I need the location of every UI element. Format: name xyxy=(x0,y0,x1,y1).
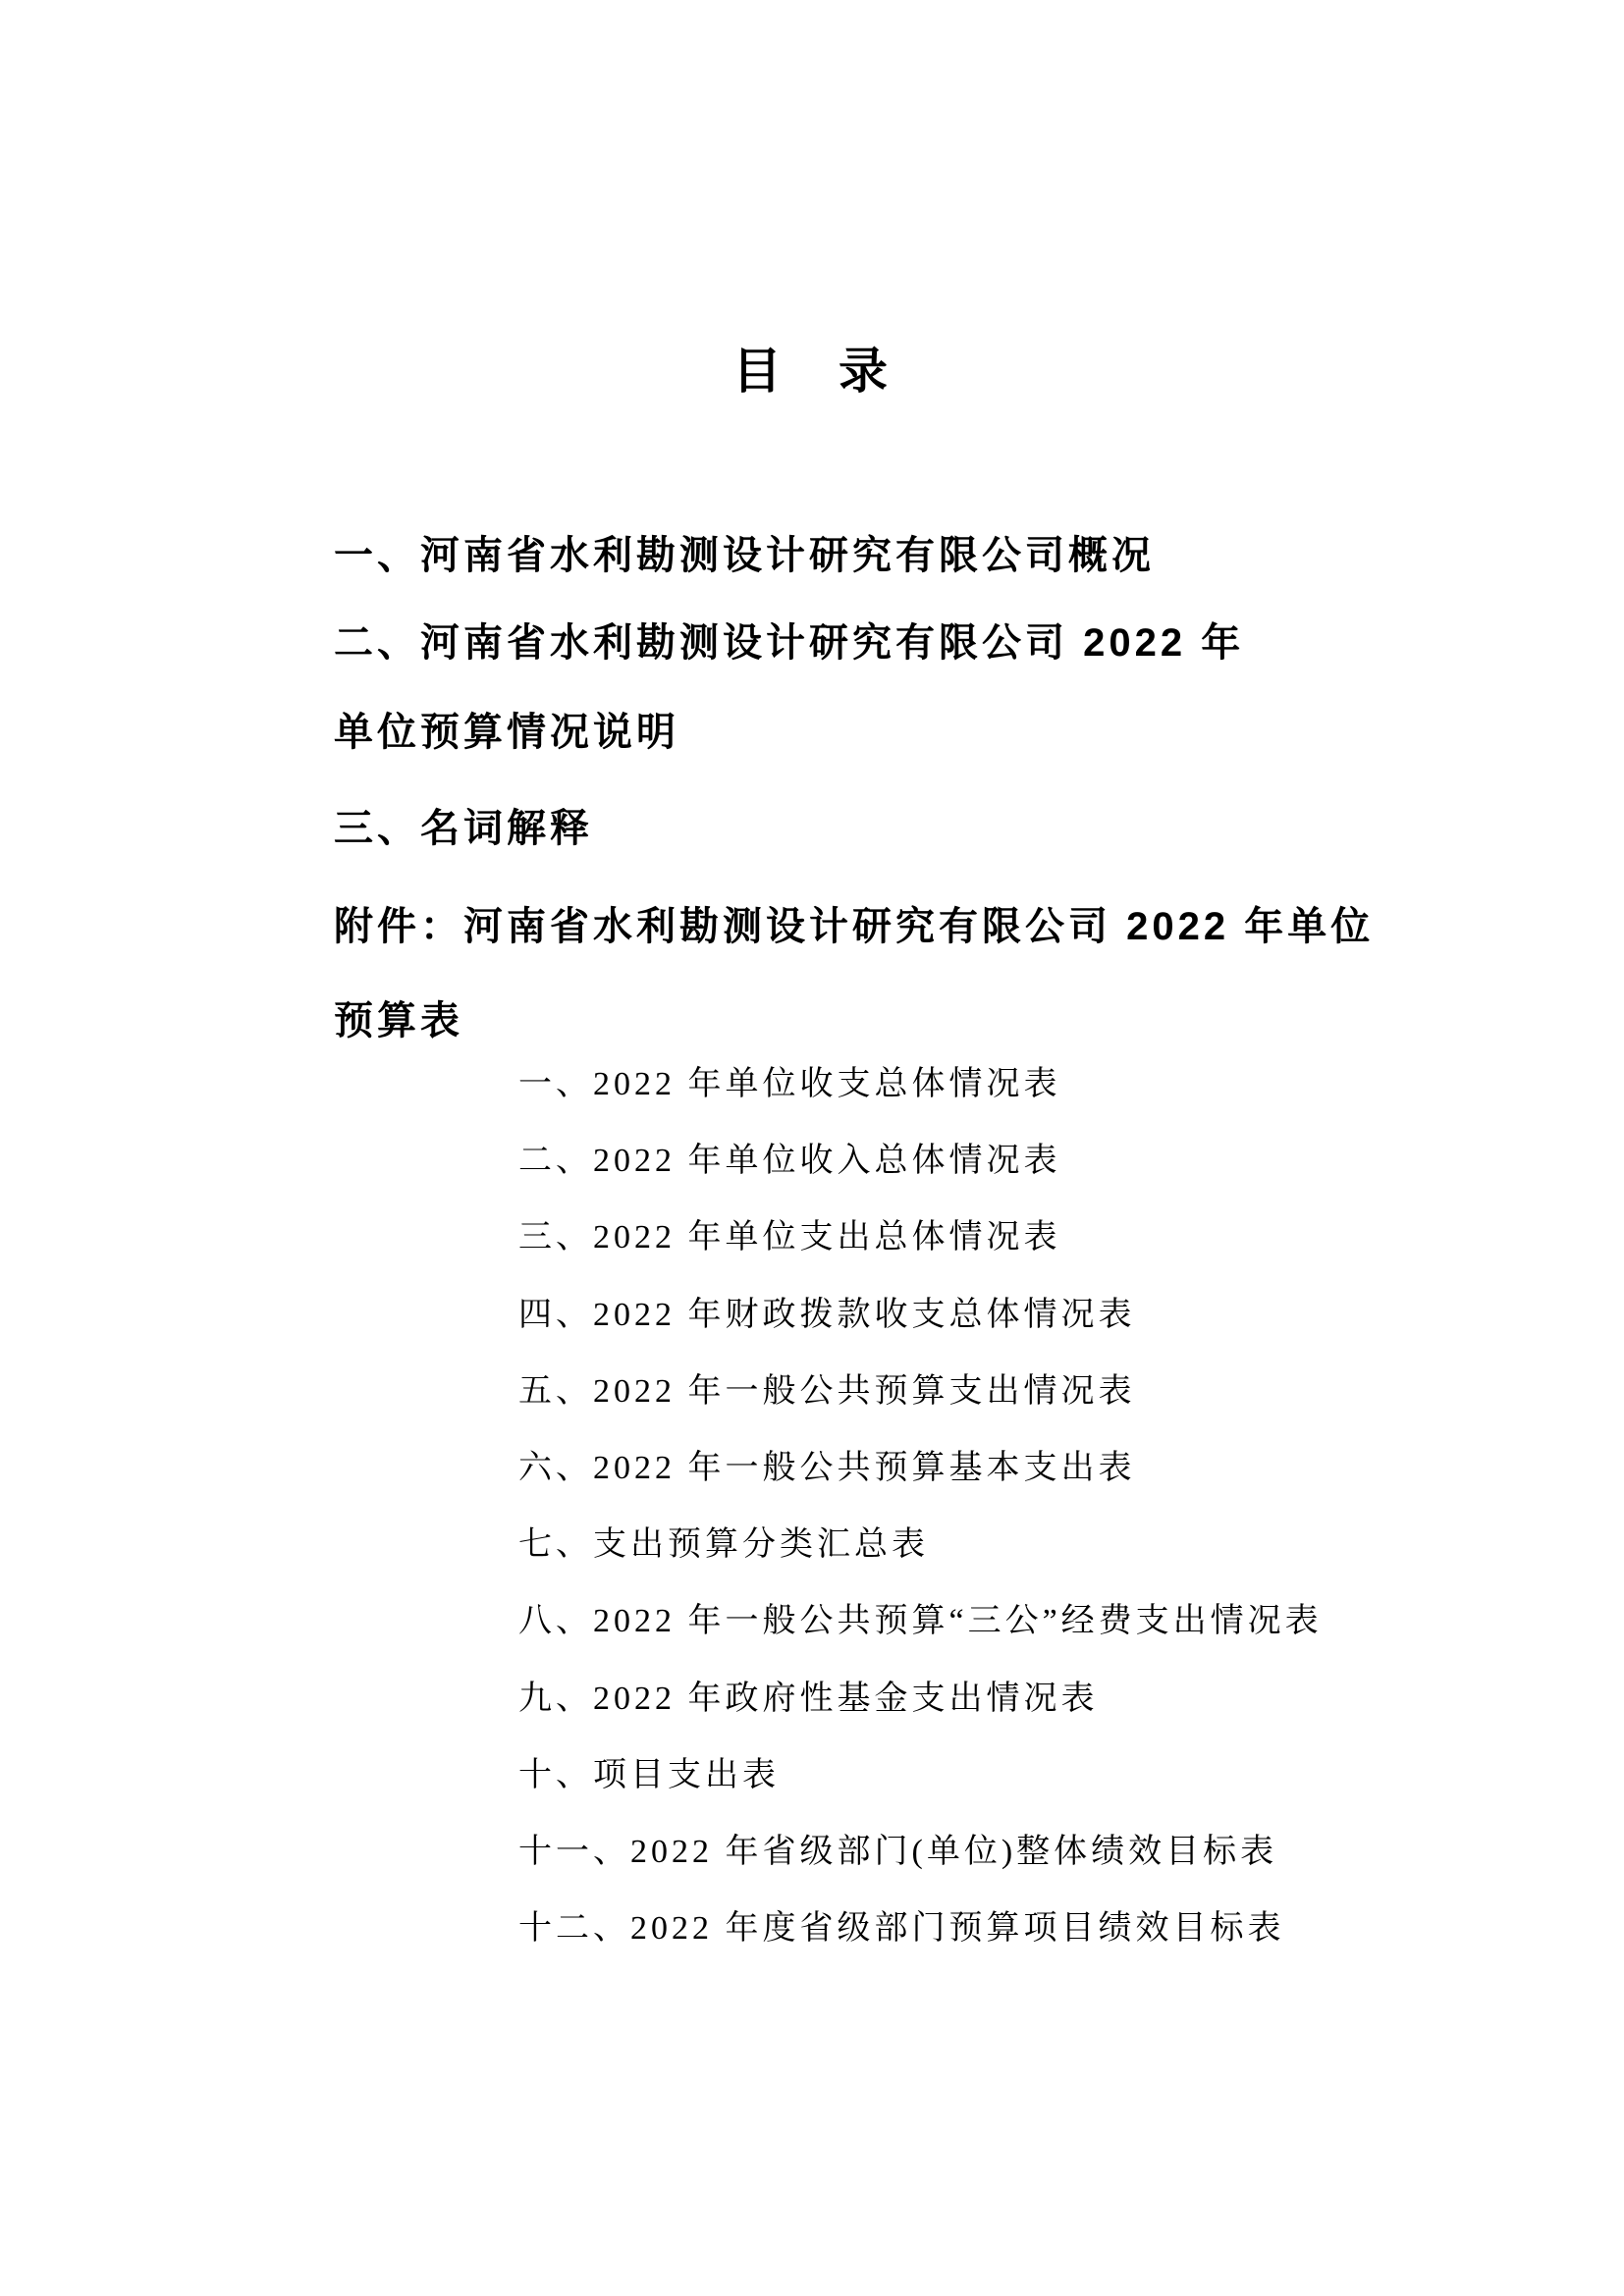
toc-main-item-1: 一、河南省水利勘测设计研究有限公司概况 xyxy=(334,534,1155,577)
toc-table-item-12: 十二、2022 年度省级部门预算项目绩效目标表 xyxy=(518,1910,1285,1947)
toc-main-item-2-continuation: 单位预算情况说明 xyxy=(334,711,679,754)
toc-table-item-2: 二、2022 年单位收入总体情况表 xyxy=(518,1143,1061,1179)
toc-table-item-8: 八、2022 年一般公共预算“三公”经费支出情况表 xyxy=(518,1603,1323,1639)
toc-table-item-11: 十一、2022 年省级部门(单位)整体绩效目标表 xyxy=(518,1834,1277,1870)
toc-table-item-10: 十、项目支出表 xyxy=(518,1757,780,1793)
toc-page: 目 录 一、河南省水利勘测设计研究有限公司概况 二、河南省水利勘测设计研究有限公… xyxy=(0,0,1624,2296)
toc-main-item-3: 三、名词解释 xyxy=(334,807,593,850)
page-title: 目 录 xyxy=(0,347,1624,396)
toc-table-item-5: 五、2022 年一般公共预算支出情况表 xyxy=(518,1373,1136,1410)
toc-table-item-3: 三、2022 年单位支出总体情况表 xyxy=(518,1219,1061,1255)
toc-attachment-heading: 附件：河南省水利勘测设计研究有限公司 2022 年单位 xyxy=(334,905,1374,948)
toc-table-item-4: 四、2022 年财政拨款收支总体情况表 xyxy=(518,1297,1136,1333)
toc-attachment-heading-continuation: 预算表 xyxy=(334,999,463,1042)
toc-main-item-2: 二、河南省水利勘测设计研究有限公司 2022 年 xyxy=(334,621,1244,665)
toc-table-item-7: 七、支出预算分类汇总表 xyxy=(518,1526,929,1563)
toc-table-item-1: 一、2022 年单位收支总体情况表 xyxy=(518,1066,1061,1102)
toc-table-item-6: 六、2022 年一般公共预算基本支出表 xyxy=(518,1450,1136,1486)
toc-table-item-9: 九、2022 年政府性基金支出情况表 xyxy=(518,1681,1099,1717)
